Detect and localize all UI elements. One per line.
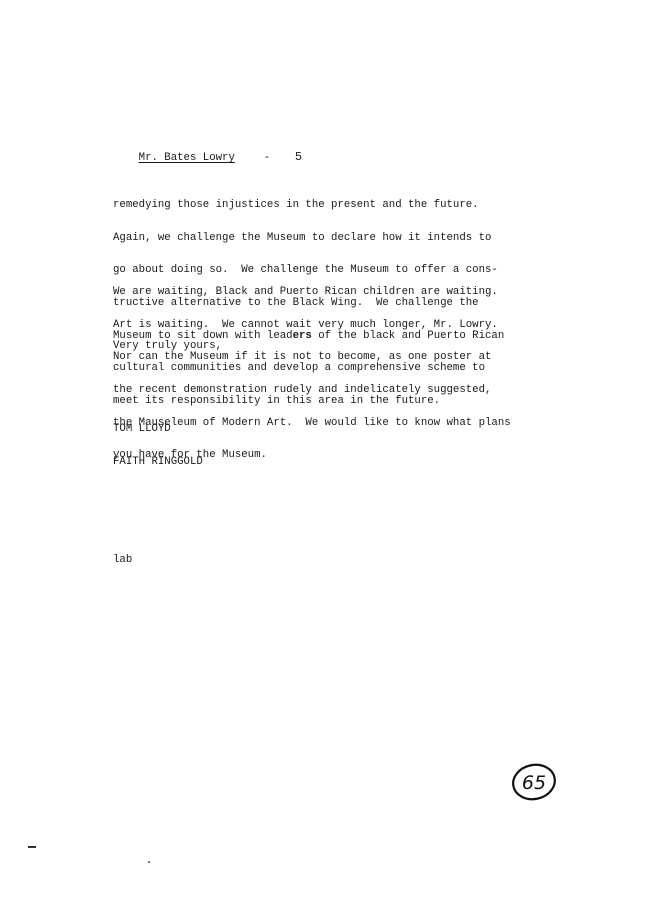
text-line: the recent demonstration rudely and inde…: [113, 385, 511, 396]
text-line: We are waiting, Black and Puerto Rican c…: [113, 287, 511, 298]
scan-mark: [28, 846, 36, 848]
scan-speck: [148, 861, 150, 863]
letter-page: Mr. Bates Lowry-5 remedying those injust…: [0, 0, 650, 900]
signer-name: FAITH RINGGOLD: [113, 457, 203, 468]
text-line: Again, we challenge the Museum to declar…: [113, 233, 504, 244]
header-separator: -: [253, 153, 281, 164]
typist-initials: lab: [113, 555, 132, 566]
signature-block: TOM LLOYD FAITH RINGGOLD: [113, 402, 203, 489]
archive-page-stamp: 65: [510, 762, 558, 802]
text-line: Art is waiting. We cannot wait very much…: [113, 320, 511, 331]
recipient-name: Mr. Bates Lowry: [139, 152, 235, 164]
signer-name: TOM LLOYD: [113, 424, 203, 435]
circled-number-icon: 65: [510, 762, 558, 802]
svg-text:65: 65: [522, 772, 546, 794]
page-number: 5: [295, 152, 302, 163]
text-line: Nor can the Museum if it is not to becom…: [113, 352, 511, 363]
page-header: Mr. Bates Lowry-5: [113, 141, 302, 175]
closing-salutation: Very truly yours,: [113, 341, 222, 352]
text-line: remedying those injustices in the presen…: [113, 200, 504, 211]
